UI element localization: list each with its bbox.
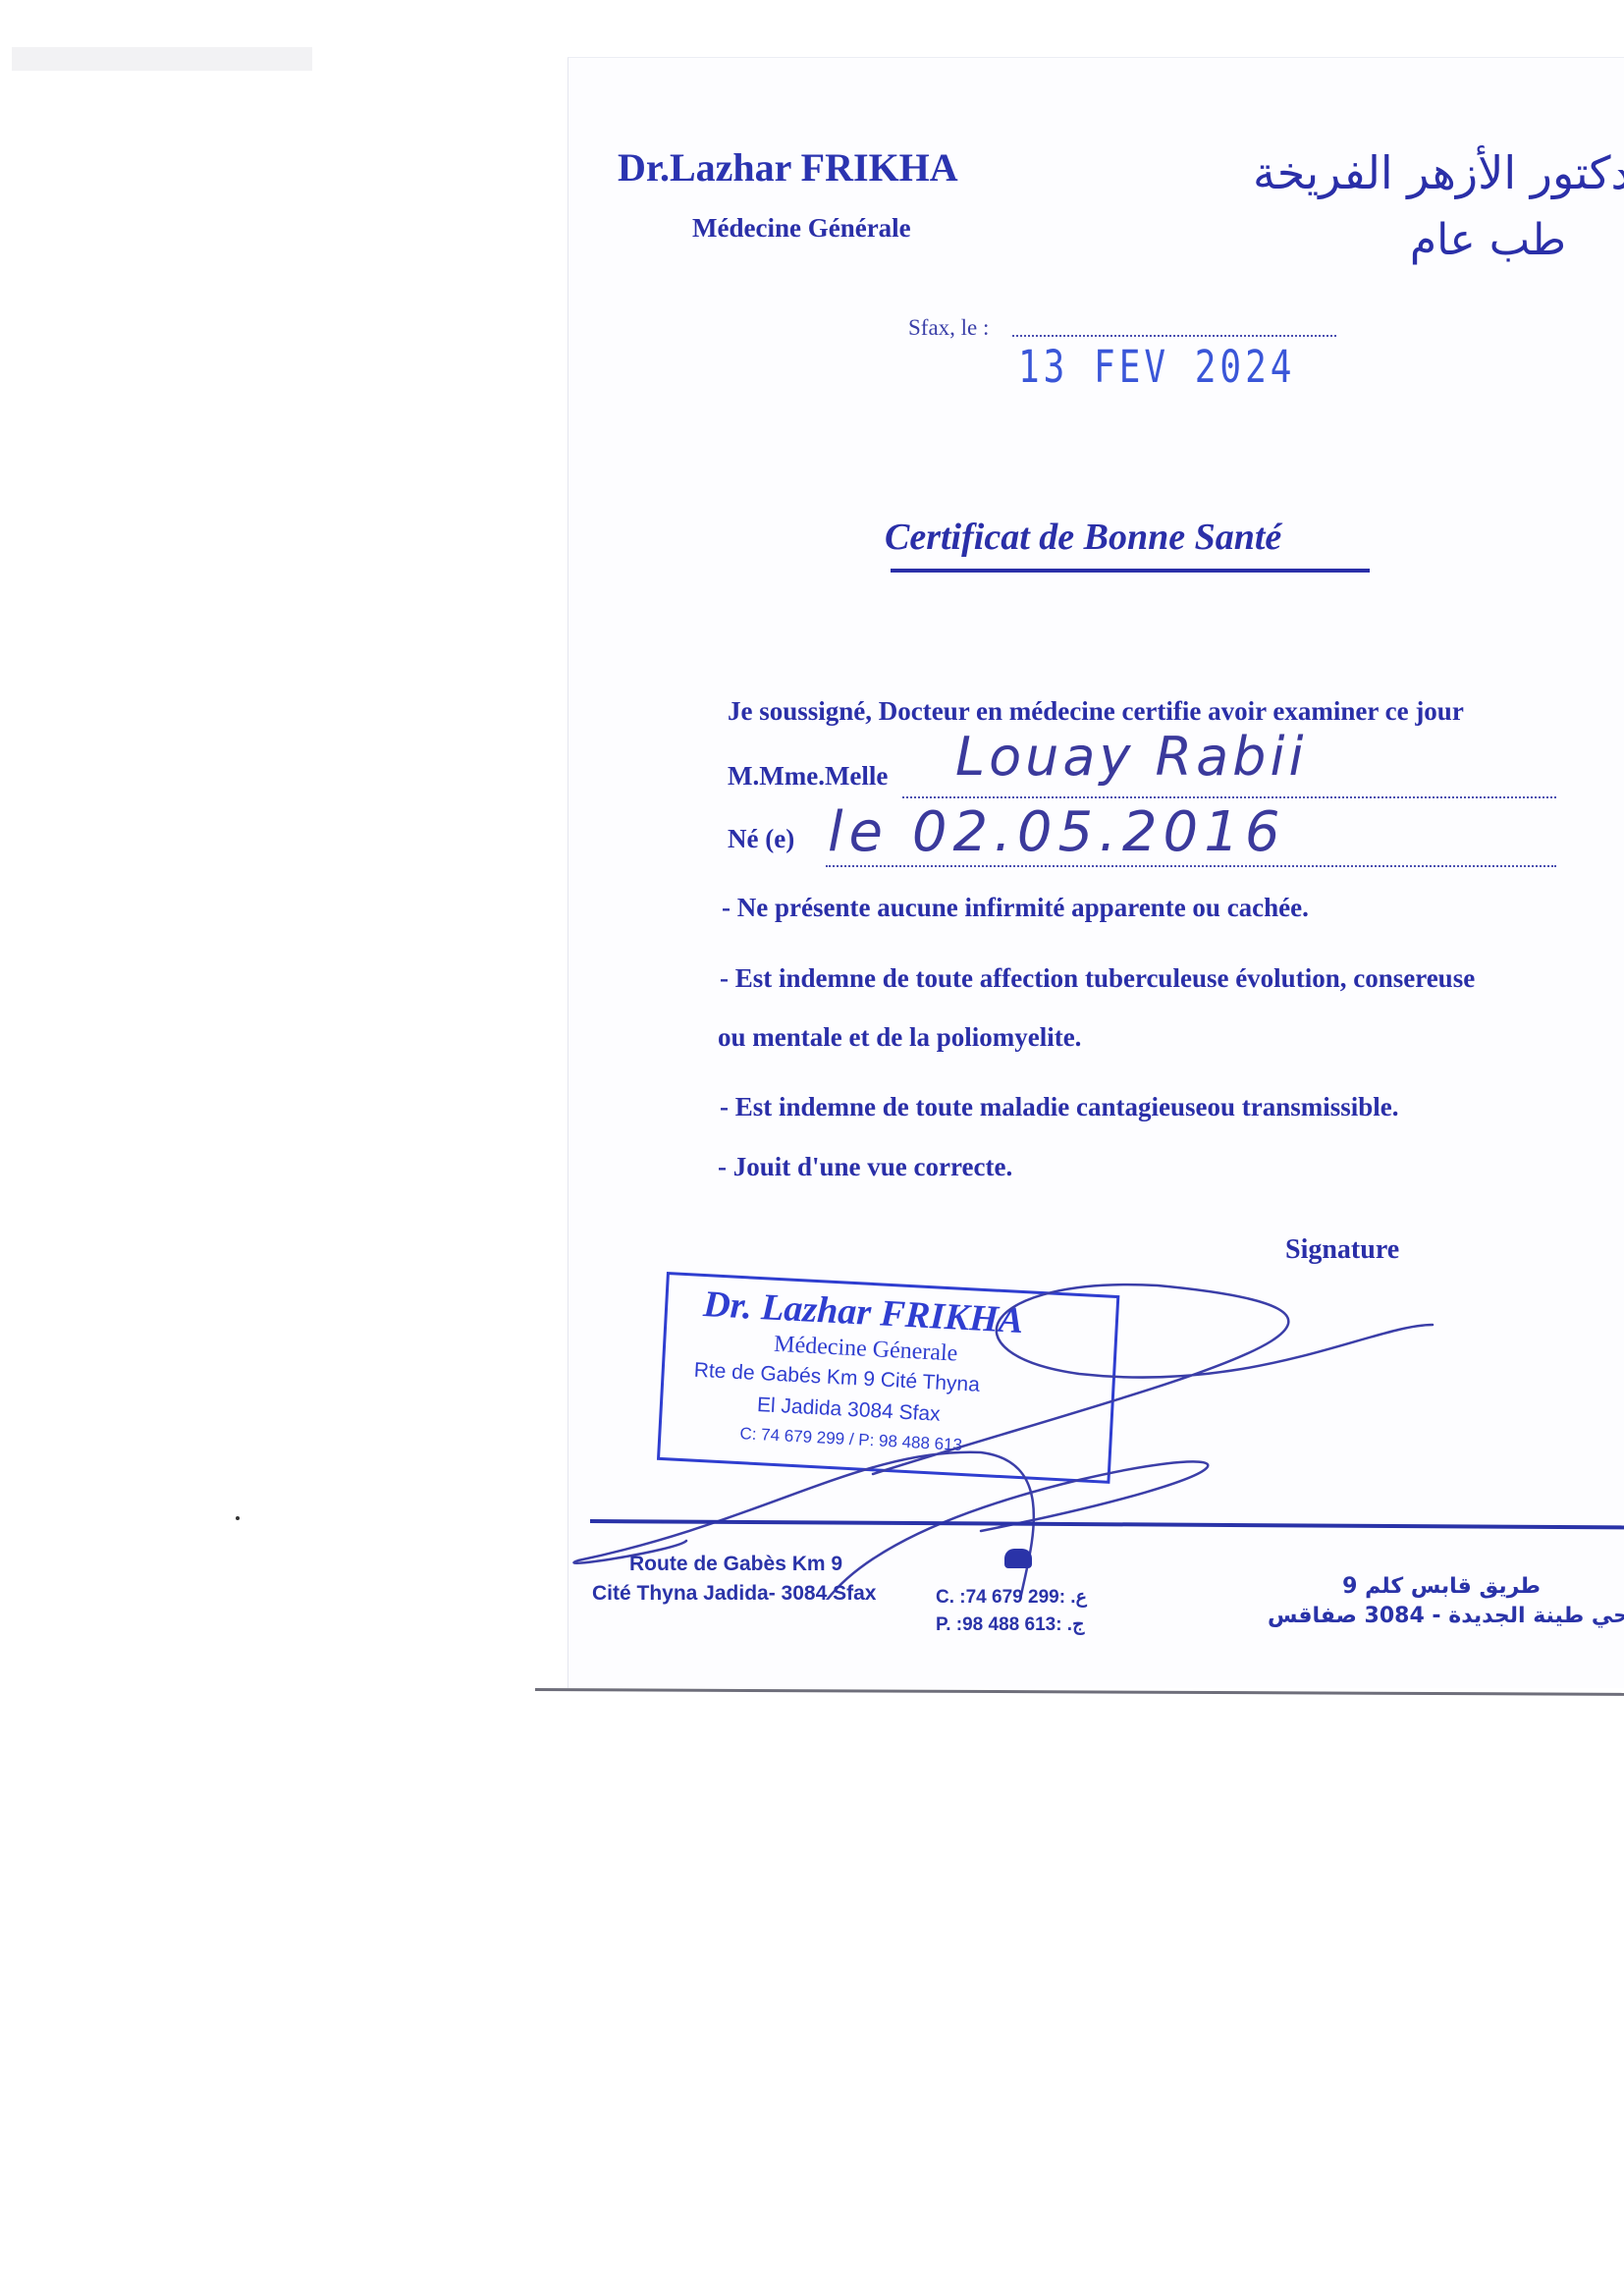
doctor-stamp: Dr. Lazhar FRIKHA Médecine Génerale Rte … xyxy=(657,1272,1119,1484)
birth-label: Né (e) xyxy=(728,824,794,854)
intro-text: Je soussigné, Docteur en médecine certif… xyxy=(728,696,1464,727)
page-bottom-edge xyxy=(535,1688,1624,1696)
date-dotted-line xyxy=(1012,335,1336,337)
signature-label: Signature xyxy=(1285,1234,1399,1266)
clause-contagious: - Est indemne de toute maladie cantagieu… xyxy=(720,1092,1399,1122)
footer-address-line2: Cité Thyna Jadida- 3084 Sfax xyxy=(592,1582,876,1606)
birth-dotted-line xyxy=(826,865,1556,867)
footer-address-line1: Route de Gabès Km 9 xyxy=(629,1553,842,1576)
footer-address-arabic-line2: حي طينة الجديدة - 3084 صفاقس xyxy=(1268,1604,1624,1628)
date-label: Sfax, le : xyxy=(908,315,989,341)
birth-date-handwritten: le 02.05.2016 xyxy=(828,800,1285,864)
patient-dotted-line xyxy=(902,796,1556,798)
doctor-name-arabic: دكتور الأزهر الفريخة xyxy=(1253,146,1624,199)
certificate-page: Dr.Lazhar FRIKHA Médecine Générale دكتور… xyxy=(568,57,1624,1688)
scan-artifact-strip xyxy=(12,47,312,71)
telephone-icon xyxy=(1004,1549,1032,1568)
stamp-phones: C: 74 679 299 / P: 98 488 613 xyxy=(739,1424,963,1455)
clause-tuberculosis: - Est indemne de toute affection tubercu… xyxy=(720,963,1475,994)
doctor-name: Dr.Lazhar FRIKHA xyxy=(618,144,958,191)
stamp-doctor-name: Dr. Lazhar FRIKHA xyxy=(702,1283,1024,1342)
clause-tuberculosis-cont: ou mentale et de la poliomyelite. xyxy=(718,1022,1081,1053)
certificate-title: Certificat de Bonne Santé xyxy=(885,516,1281,559)
title-underline xyxy=(891,569,1370,573)
footer-address-arabic-line1: طريق قابس كلم 9 xyxy=(1342,1574,1541,1599)
doctor-specialty: Médecine Générale xyxy=(692,213,911,244)
doctor-specialty-arabic: طب عام xyxy=(1410,215,1566,265)
patient-name-handwritten: Louay Rabii xyxy=(955,726,1307,788)
date-stamp: 13 FEV 2024 xyxy=(1018,343,1295,393)
stamp-address-line2: El Jadida 3084 Sfax xyxy=(756,1393,941,1427)
patient-label: M.Mme.Melle xyxy=(728,761,888,792)
clause-vision: - Jouit d'une vue correcte. xyxy=(718,1152,1012,1182)
scan-speck xyxy=(236,1516,240,1520)
footer-divider xyxy=(590,1519,1624,1529)
clause-infirmity: - Ne présente aucune infirmité apparente… xyxy=(722,893,1309,923)
footer-phone-cabinet: C. :74 679 299: .ع xyxy=(936,1586,1087,1609)
footer-phone-personal: P. :98 488 613: .ج xyxy=(936,1613,1084,1636)
